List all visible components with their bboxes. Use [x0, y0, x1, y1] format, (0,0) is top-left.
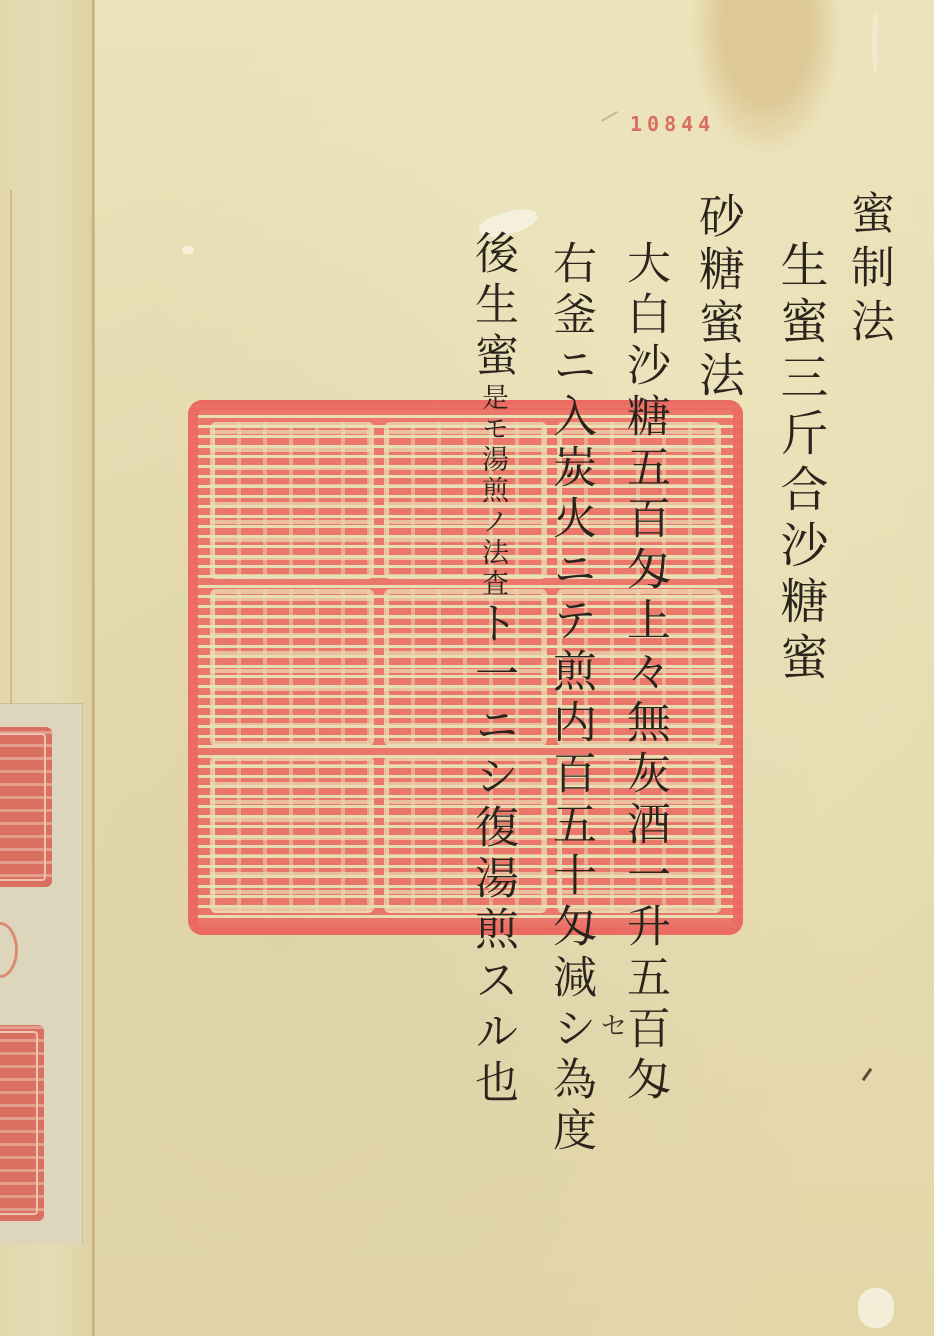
paper-damage-spot: [858, 1288, 894, 1328]
text-column-raw-honey: 生蜜三斤合沙糖蜜: [776, 240, 824, 688]
paper-crease: [872, 12, 878, 72]
text-final-part-a: 後生蜜: [467, 230, 518, 383]
text-column-boiling: 右釜ニ入炭火ニテ煎内百五十匁減シ為度: [548, 240, 592, 1158]
text-final-small-note: 是モ湯煎ノ法査: [477, 383, 508, 600]
archive-number: 10844: [630, 112, 715, 136]
text-column-white-sugar: 大白沙糖五百匁上々無灰酒一升五百匁: [622, 240, 666, 1107]
heading-honey-method: 蜜制法: [846, 190, 890, 352]
paper-damage-spot: [182, 246, 194, 254]
marginal-annotation: セ: [601, 1006, 627, 1043]
binding-crease: [10, 190, 12, 710]
subheading-sugar-honey-method: 砂糖蜜法: [696, 192, 742, 404]
margin-seal-top: [0, 727, 52, 887]
text-final-part-b: ト一ニシ復湯煎スル也: [467, 600, 518, 1110]
text-column-final: 後生蜜是モ湯煎ノ法査ト一ニシ復湯煎スル也: [470, 230, 514, 1110]
margin-seal-bottom: [0, 1025, 44, 1221]
